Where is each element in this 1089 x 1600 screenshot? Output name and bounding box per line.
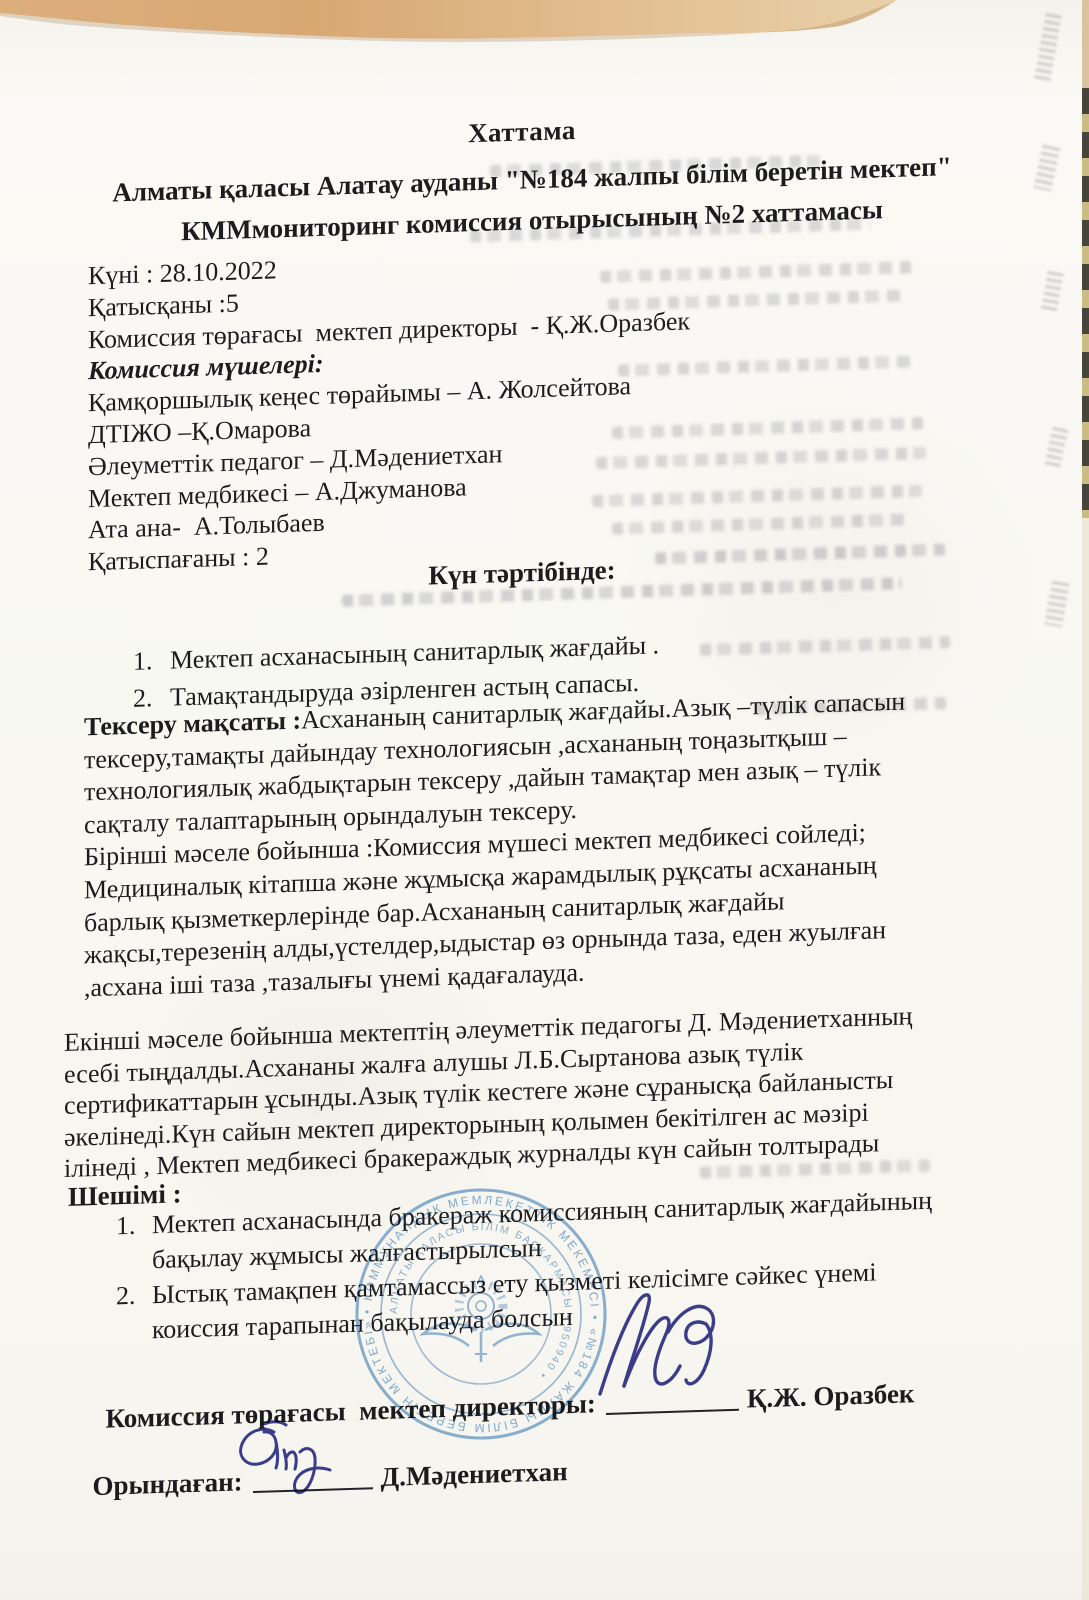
executor-signature-label: Орындаған: xyxy=(93,1466,243,1501)
decision-item-number: 2. xyxy=(116,1277,152,1348)
meeting-meta-block: Күні : 28.10.2022 Қатысқаны :5 Комиссия … xyxy=(88,241,690,578)
second-issue-paragraph: Екінші мәселе бойынша мектептің әлеуметт… xyxy=(64,998,984,1184)
scanned-protocol-document: Хаттама Алматы қаласы Алатау ауданы "№18… xyxy=(0,0,1089,1600)
executor-signature-name: Д.Мәдениетхан xyxy=(381,1456,568,1492)
edge-segment xyxy=(1082,518,1089,1600)
stamp-inner-ring xyxy=(411,1244,551,1384)
edge-segment xyxy=(1082,0,1089,88)
inspection-purpose-paragraph: Тексеру мақсаты :Асхананың санитарлық жа… xyxy=(84,683,984,1005)
agenda-item-number: 1. xyxy=(133,642,170,680)
page-top-torn-edge xyxy=(0,0,1089,80)
official-round-stamp: • КОММУНАЛДЫҚ МЕМЛЕКЕТТІК МЕКЕМЕСІ • «№1… xyxy=(351,1184,611,1444)
executor-signature-ink xyxy=(230,1418,345,1498)
decision-item-number: 1. xyxy=(116,1207,152,1278)
scan-right-edge xyxy=(1082,0,1089,1600)
stamp-emblem xyxy=(423,1276,539,1362)
chair-signature-name: Қ.Ж. Оразбек xyxy=(747,1378,915,1413)
document-subtitle: Алматы қаласы Алатау ауданы "№184 жалпы … xyxy=(20,143,1044,257)
edge-segment xyxy=(1082,88,1089,518)
chair-signature-ink xyxy=(594,1286,744,1401)
inspection-purpose-label: Тексеру мақсаты : xyxy=(84,706,301,742)
